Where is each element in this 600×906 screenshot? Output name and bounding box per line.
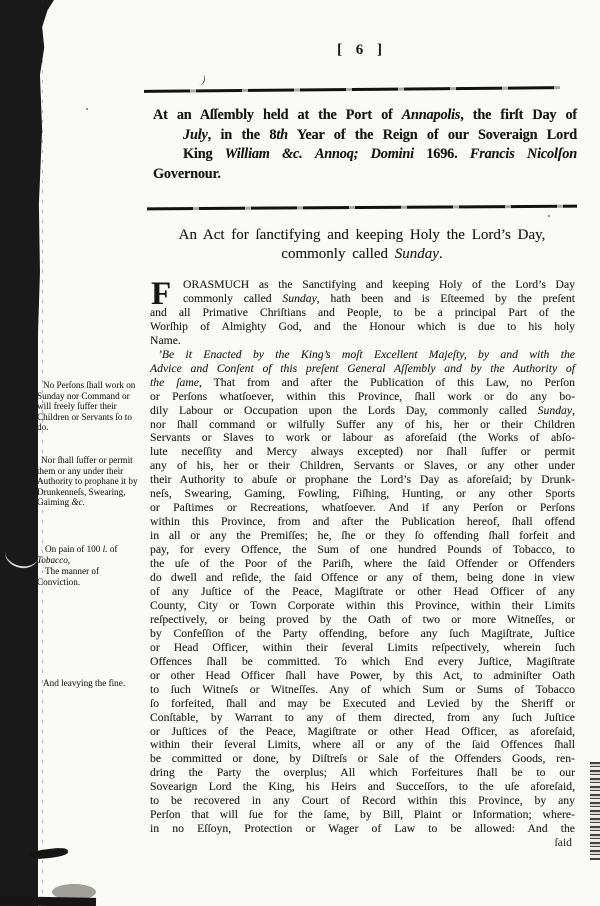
text-line: to be recovered in any Court of Record w… xyxy=(150,794,575,808)
catchword: ſaid xyxy=(150,836,572,849)
text-line: their Authority to abuſe or prophane the… xyxy=(150,473,575,487)
text-line: any of his, her or their Children, Serva… xyxy=(150,459,575,473)
scan-smudge-bottom-3 xyxy=(0,896,96,906)
text-line: in no Eſſoyn, Protection or Wager of Law… xyxy=(150,822,575,836)
paper-speck xyxy=(86,108,88,110)
text-line: ORASMUCH as the Sanctifying and keeping … xyxy=(183,278,575,292)
scan-smudge-right xyxy=(590,762,600,860)
act-body-text: ORASMUCH as the Sanctifying and keeping … xyxy=(150,278,575,836)
ink-curl-artifact xyxy=(195,73,207,86)
text-line: in all or any the Premiſſes; he, ſhe or … xyxy=(150,529,575,543)
text-line: King William &c. Annoq; Domini 1696. Fra… xyxy=(183,145,577,165)
text-line: At an Aſſembly held at the Port of Annap… xyxy=(153,106,577,126)
text-line: nor ſhall command or wilfully Suffer any… xyxy=(150,418,575,432)
text-line: by Confeſſion of the Party offending, be… xyxy=(150,627,575,641)
text-line: commonly called Sunday, hath been and is… xyxy=(183,292,575,306)
gutter-dotted-line xyxy=(42,0,43,906)
text-line: or other Head Officer ſhall have Power, … xyxy=(150,669,575,683)
top-rule xyxy=(144,86,560,92)
text-line: the uſe of the Poor of the Pariſh, where… xyxy=(150,557,575,571)
text-line: or Head Officer, within their ſeveral Li… xyxy=(150,641,575,655)
text-line: Offences ſhall be committed. To which En… xyxy=(150,655,575,669)
text-line: pay, for every Offence, the Sum of one h… xyxy=(150,543,575,557)
text-line: and all Primative Chriſtians and People,… xyxy=(150,306,575,320)
page-number: [ 6 ] xyxy=(150,42,574,59)
act-title: An Act for ſanctifying and keeping Holy … xyxy=(150,226,574,264)
text-line: Advice and Conſent of this preſent Gener… xyxy=(150,362,575,376)
text-line: commonly called Sunday. xyxy=(150,245,574,264)
text-line: Sovearign Lord the King, his Heirs and S… xyxy=(150,780,575,794)
text-line: Governour. xyxy=(153,165,577,185)
text-line: lute neceſſity and Mercy always excepted… xyxy=(150,445,575,459)
text-line: of any Juſtice of the Peace, Magiſtrate … xyxy=(150,585,575,599)
scan-edge-top-ragged xyxy=(0,0,54,340)
margin-note-pain-of-tobacco: On pain of 100 l. of Tobacco, xyxy=(37,544,143,565)
middle-rule xyxy=(147,205,577,210)
text-line: Conſtable, by Warrant to any of them dir… xyxy=(150,711,575,725)
margin-note-levying-fine: And leavying the fine. xyxy=(37,678,143,689)
text-line: Name. xyxy=(150,334,575,348)
text-line: ſo forfeited, ſhall and may be Executed … xyxy=(150,697,575,711)
assembly-heading: At an Aſſembly held at the Port of Annap… xyxy=(153,106,577,184)
text-line: dily Labour or Occupation upon the Lords… xyxy=(150,404,575,418)
text-line: within their ſeveral Limits, where all o… xyxy=(150,738,575,752)
text-line: or Paſtimes or Recreations, whatſoever. … xyxy=(150,501,575,515)
paper-speck xyxy=(548,215,550,217)
scanned-document-page: { "colors": { "paper": "#fafaf7", "ink":… xyxy=(0,0,600,906)
text-line: reſpectively, or being proved by the Oat… xyxy=(150,613,575,627)
text-line: Perſon that will ſue for the ſame, by Bi… xyxy=(150,808,575,822)
text-line: County, City or Town Corporate within th… xyxy=(150,599,575,613)
text-line: or Juſtices of the Peace, Magiſtrate or … xyxy=(150,725,575,739)
margin-note-nor-suffer-prophane: Nor ſhall ſuffer or permit them or any u… xyxy=(37,455,143,508)
text-line: to ſuch Witneſs or Witneſſes. Any of whi… xyxy=(150,683,575,697)
text-line: do dwell and reſide, the ſaid Offence or… xyxy=(150,571,575,585)
text-line: be committed or done, by Diſtreſs or Sal… xyxy=(150,752,575,766)
text-line: dring the Party the overplus; All which … xyxy=(150,766,575,780)
text-line: the ſame, That from and after the Public… xyxy=(150,376,575,390)
text-line: Servants or Slaves to work or labour as … xyxy=(150,431,575,445)
text-line: neſs, Swearing, Gaming, Fowling, Fiſhing… xyxy=(150,487,575,501)
margin-note-no-work-on-sunday: No Perſons ſhall work on Sunday nor Comm… xyxy=(37,380,143,433)
text-line: An Act for ſanctifying and keeping Holy … xyxy=(150,226,574,245)
text-line: or Perſons whatſoever, within this Provi… xyxy=(150,390,575,404)
margin-note-manner-of-conviction: The manner of Conviction. xyxy=(37,566,143,587)
text-line: Worſhip of Almighty God, and the Honour … xyxy=(150,320,575,334)
text-line: July, in the 8th Year of the Reign of ou… xyxy=(183,126,577,146)
text-line: ’Be it Enacted by the King’s moſt Excell… xyxy=(150,348,575,362)
text-line: within this Province, from and after the… xyxy=(150,515,575,529)
